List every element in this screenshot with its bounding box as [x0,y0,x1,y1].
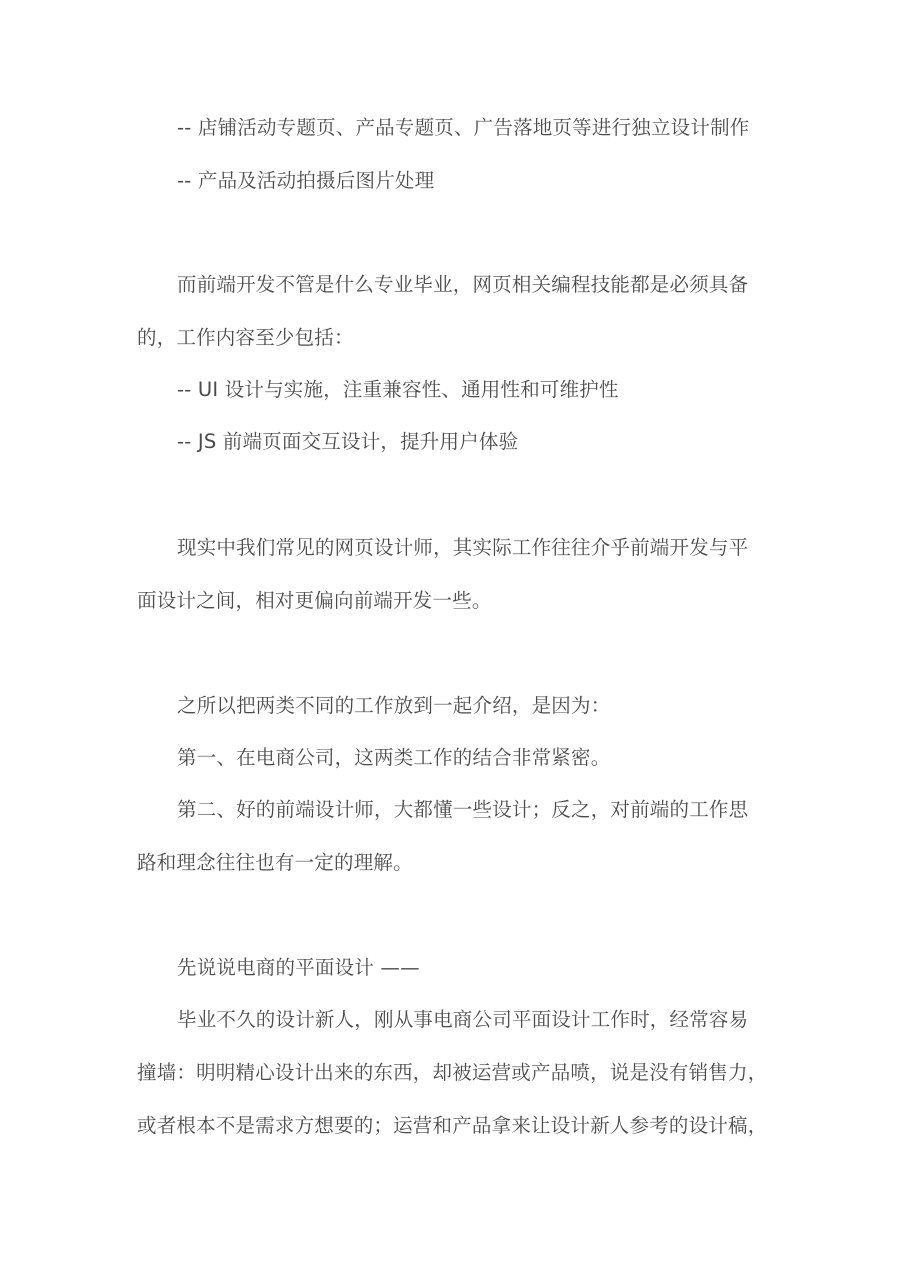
paragraph-reason-second-line-2: 路和理念往往也有一定的理解。 [137,848,413,878]
paragraph-new-designer-line-3: 或者根本不是需求方想要的；运营和产品拿来让设计新人参考的设计稿， [137,1111,767,1141]
list-item-photo-processing: -- 产品及活动拍摄后图片处理 [177,166,434,196]
paragraph-reason-second-line-1: 第二、好的前端设计师，大都懂一些设计；反之，对前端的工作思 [177,795,748,825]
paragraph-why-together: 之所以把两类不同的工作放到一起介绍，是因为： [177,691,610,721]
paragraph-new-designer-line-1: 毕业不久的设计新人，刚从事电商公司平面设计工作时，经常容易 [177,1005,748,1035]
paragraph-web-designer-line-1: 现实中我们常见的网页设计师，其实际工作往往介乎前端开发与平 [177,533,748,563]
paragraph-frontend-intro-line-1: 而前端开发不管是什么专业毕业，网页相关编程技能都是必须具备 [177,270,748,300]
list-item-js-interaction: -- JS 前端页面交互设计，提升用户体验 [177,427,518,457]
paragraph-web-designer-line-2: 面设计之间，相对更偏向前端开发一些。 [137,586,492,616]
list-item-design-landing-pages: -- 店铺活动专题页、产品专题页、广告落地页等进行独立设计制作 [177,113,749,143]
section-heading-ecommerce-graphic-design: 先说说电商的平面设计 —— [177,953,420,983]
document-page: -- 店铺活动专题页、产品专题页、广告落地页等进行独立设计制作 -- 产品及活动… [0,0,900,1272]
paragraph-frontend-intro-line-2: 的，工作内容至少包括： [137,323,354,353]
list-item-ui-design: -- UI 设计与实施，注重兼容性、通用性和可维护性 [177,375,619,405]
paragraph-reason-first: 第一、在电商公司，这两类工作的结合非常紧密。 [177,743,610,773]
paragraph-new-designer-line-2: 撞墙：明明精心设计出来的东西，却被运营或产品喷，说是没有销售力， [137,1058,767,1088]
